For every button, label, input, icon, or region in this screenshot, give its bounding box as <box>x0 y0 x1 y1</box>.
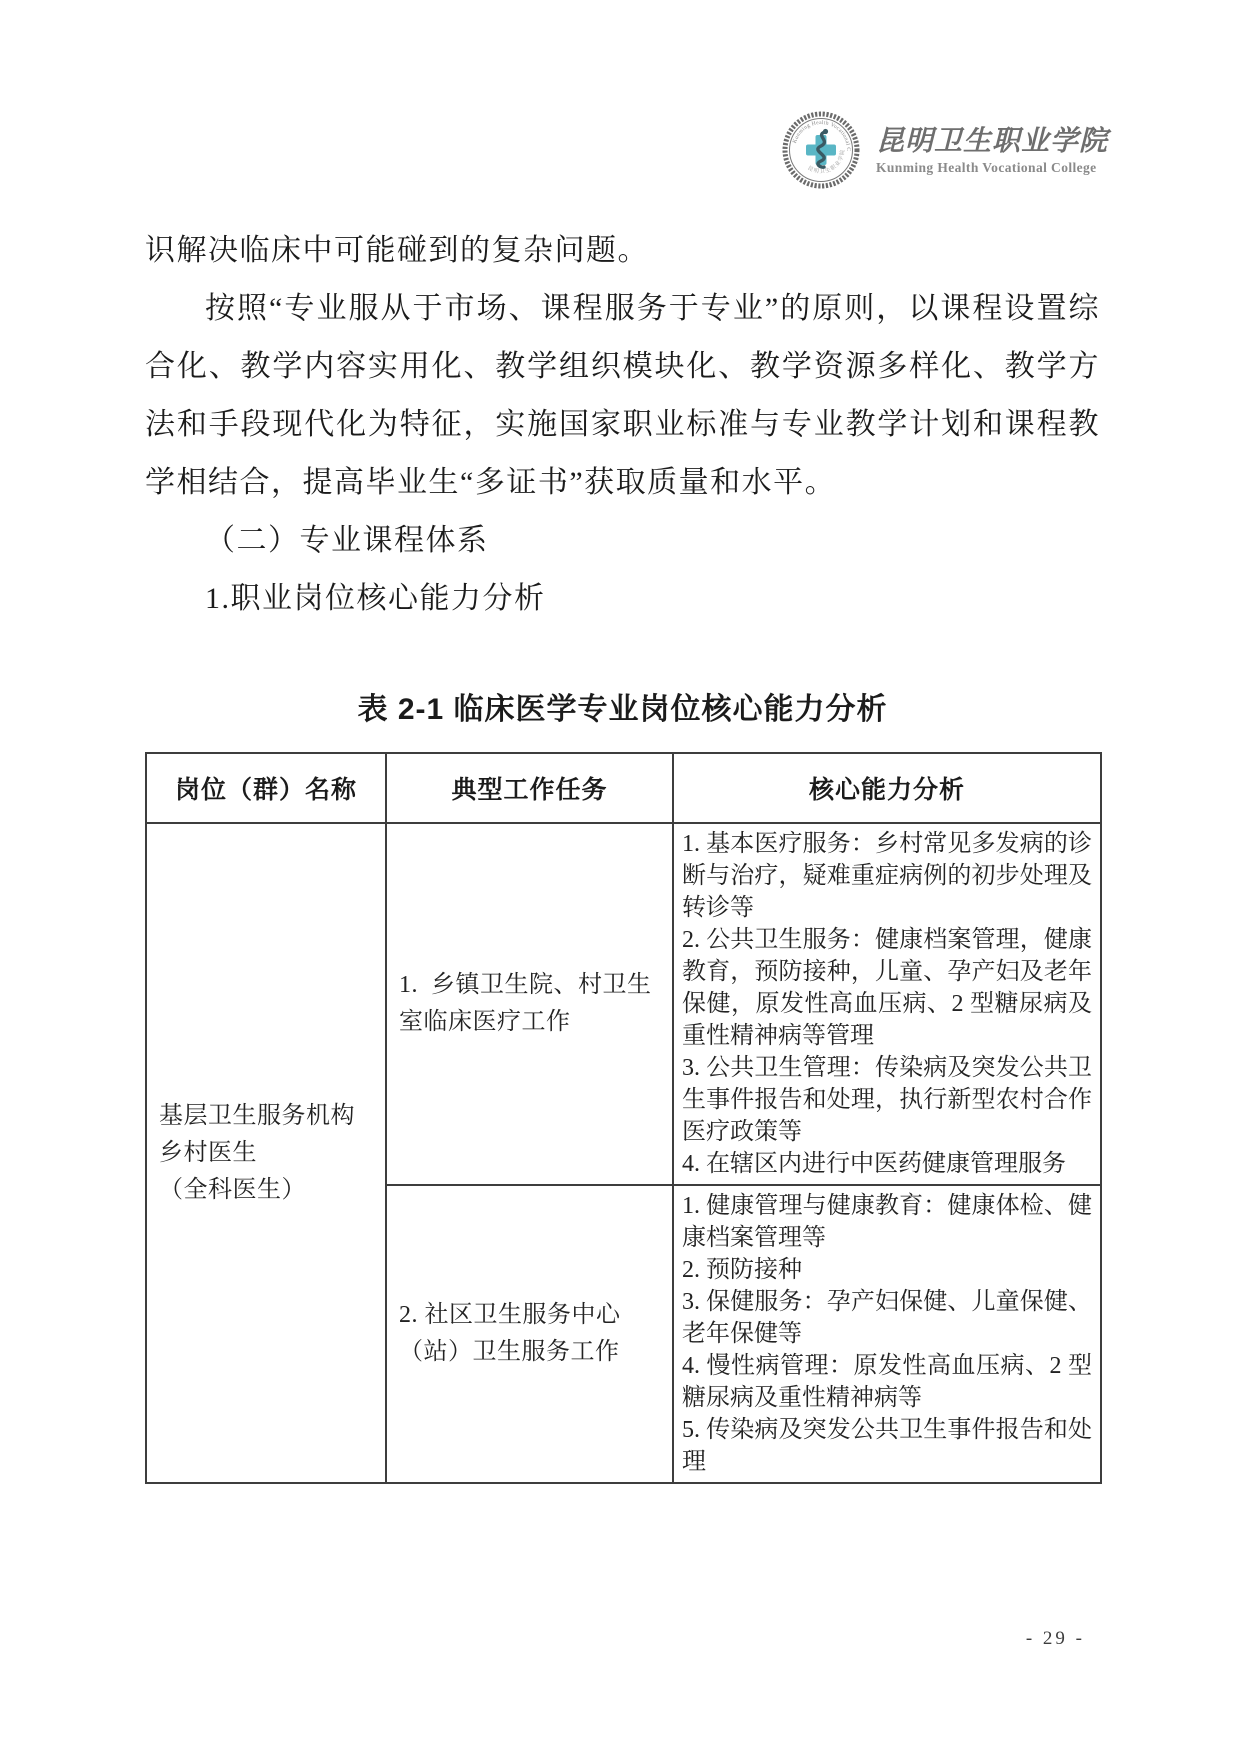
ability-item: 3. 保健服务：孕产妇保健、儿童保健、老年保健等 <box>682 1286 1092 1350</box>
position-line: 基层卫生服务机构 <box>159 1098 377 1135</box>
ability-item: 2. 公共卫生服务：健康档案管理，健康教育，预防接种，儿童、孕产妇及老年保健，原… <box>682 924 1092 1052</box>
table-row: 基层卫生服务机构 乡村医生 （全科医生） 1. 乡镇卫生院、村卫生室临床医疗工作… <box>146 823 1101 1185</box>
page-number: - 29 - <box>1026 1628 1085 1650</box>
ability-item: 1. 基本医疗服务：乡村常见多发病的诊断与治疗，疑难重症病例的初步处理及转诊等 <box>682 828 1092 924</box>
table-header-row: 岗位（群）名称 典型工作任务 核心能力分析 <box>146 753 1101 823</box>
paragraph-continuation: 识解决临床中可能碰到的复杂问题。 <box>145 222 1100 280</box>
column-header-position: 岗位（群）名称 <box>146 753 386 823</box>
column-header-task: 典型工作任务 <box>386 753 673 823</box>
position-line: 乡村医生 <box>159 1135 377 1172</box>
ability-item: 2. 预防接种 <box>682 1254 1092 1286</box>
ability-item: 4. 在辖区内进行中医药健康管理服务 <box>682 1148 1092 1180</box>
ability-item: 3. 公共卫生管理：传染病及突发公共卫生事件报告和处理，执行新型农村合作医疗政策… <box>682 1052 1092 1148</box>
document-body: 识解决临床中可能碰到的复杂问题。 按照“专业服从于市场、课程服务于专业”的原则，… <box>0 222 1241 1484</box>
college-logo: Kunming Health Vocational College 昆明卫生职业… <box>781 110 1108 190</box>
position-group-cell: 基层卫生服务机构 乡村医生 （全科医生） <box>146 823 386 1483</box>
paragraph-principle: 按照“专业服从于市场、课程服务于专业”的原则，以课程设置综合化、教学内容实用化、… <box>145 280 1100 512</box>
ability-item: 4. 慢性病管理：原发性高血压病、2 型糖尿病及重性精神病等 <box>682 1350 1092 1414</box>
position-line: （全科医生） <box>159 1172 377 1209</box>
column-header-ability: 核心能力分析 <box>673 753 1101 823</box>
task-cell: 2. 社区卫生服务中心（站）卫生服务工作 <box>386 1185 673 1483</box>
college-name-zh: 昆明卫生职业学院 <box>876 124 1108 158</box>
core-ability-table: 岗位（群）名称 典型工作任务 核心能力分析 基层卫生服务机构 乡村医生 （全科医… <box>145 752 1102 1484</box>
ability-item: 5. 传染病及突发公共卫生事件报告和处理 <box>682 1414 1092 1478</box>
ability-cell: 1. 健康管理与健康教育：健康体检、健康档案管理等 2. 预防接种 3. 保健服… <box>673 1185 1101 1483</box>
section-heading: （二）专业课程体系 <box>145 512 1100 570</box>
task-cell: 1. 乡镇卫生院、村卫生室临床医疗工作 <box>386 823 673 1185</box>
ability-item: 1. 健康管理与健康教育：健康体检、健康档案管理等 <box>682 1190 1092 1254</box>
college-seal-icon: Kunming Health Vocational College 昆明卫生职业… <box>781 110 861 190</box>
table-caption: 表 2-1 临床医学专业岗位核心能力分析 <box>145 688 1100 732</box>
college-name-en: Kunming Health Vocational College <box>876 160 1108 176</box>
ability-cell: 1. 基本医疗服务：乡村常见多发病的诊断与治疗，疑难重症病例的初步处理及转诊等 … <box>673 823 1101 1185</box>
subsection-heading: 1.职业岗位核心能力分析 <box>145 570 1100 628</box>
